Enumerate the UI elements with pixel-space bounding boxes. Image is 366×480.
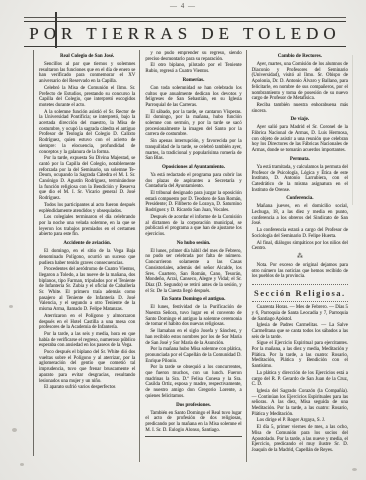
paragraph: Ya está tramitada, y calculamos la permu… <box>252 165 348 194</box>
scan-speck <box>20 463 24 466</box>
paragraph: El otro biplano, pilotado por el Tenient… <box>145 63 241 74</box>
paragraph: Se llamaban en el siglo Josefa y Sánchez… <box>145 329 241 346</box>
paragraph: Poco después el biplano del Sr. White di… <box>39 350 135 384</box>
right-margin-line <box>352 55 353 205</box>
asterism-separator: ⁂ <box>252 254 348 261</box>
section-heading: En Santo Domingo el antiguo. <box>145 297 241 303</box>
paragraph: El aparato sufrió varios desperfectos <box>39 385 135 391</box>
section-heading: Oposiciones al Ayuntamiento. <box>145 165 241 171</box>
section-heading: Cambio de Rectores. <box>252 54 348 60</box>
section-banner: POR TIERRAS DE TOLEDO <box>24 21 346 47</box>
section-heading: Dos profesiones. <box>145 403 241 409</box>
paragraph: La conferencia estará a cargo del Profes… <box>252 228 348 239</box>
page-title: POR TIERRAS DE TOLEDO <box>29 24 340 44</box>
paragraph: El tribunal designado para juzgar la opo… <box>145 191 241 214</box>
paragraph: Por la tarde, expuesta Su Divina Majesta… <box>39 156 135 202</box>
page-number: — 4 — <box>0 2 366 10</box>
paragraph: El sábado, por la tarde, se cantaron Vís… <box>145 110 241 139</box>
section-heading: No hubo sesión. <box>145 241 241 247</box>
paragraph: Nota. Por exceso de original dejamos par… <box>252 263 348 280</box>
paragraph: Con toda solemnidad se han celebrado los… <box>145 86 241 109</box>
column-2: y no pudo emprender su regreso, siendo p… <box>139 50 245 462</box>
paragraph: Ya está redactado el programa para cubri… <box>145 173 241 190</box>
paragraph: Cuarenta Horas. — Mes de Febrero. — Días… <box>252 305 348 322</box>
paragraph: Iglesia del Sagrado Corazón (la Compañía… <box>252 389 348 418</box>
paragraph: Sin apenas interrupción, y favorecida po… <box>145 139 241 162</box>
paragraph: Mañana jueves, en el domicilio social, L… <box>252 204 348 227</box>
end-rule <box>145 436 241 437</box>
paragraph: Todos los participantes al acto fueron d… <box>39 203 135 214</box>
paragraph: Al final, diálogos simpáticos por los ni… <box>252 241 348 252</box>
section-heading: Real Colegio de San José. <box>39 54 135 60</box>
paragraph: Los colegiales terminaron el día celebra… <box>39 215 135 238</box>
section-heading: Accidente de aviación. <box>39 241 135 247</box>
column-3: Cambio de Rectores.Ayer, martes, una Com… <box>246 50 352 462</box>
paragraph: Aterrizaron en el Polígono y almorzaron … <box>39 314 135 331</box>
paragraph: La plática y dirección de los Ejercicios… <box>252 371 348 388</box>
newspaper-page: — 4 — POR TIERRAS DE TOLEDO Real Colegio… <box>0 0 366 480</box>
section-heading: Conferencia. <box>252 196 348 202</box>
paragraph: También en Santo Domingo el Real tuvo lu… <box>145 411 241 434</box>
paragraph: Ayer salió para Madrid el Sr. Coronel de… <box>252 125 348 154</box>
section-heading: Romerías. <box>145 78 241 84</box>
top-rule <box>24 17 346 18</box>
paragraph: Sencillos al par que tiernos y solemnes … <box>39 62 135 85</box>
paragraph: Por la tarde, a las seis y media, hora e… <box>39 332 135 349</box>
paragraph: Por la mañana hubo Misa solemne con plát… <box>145 347 241 364</box>
paragraph: Ayer, martes, una Comisión de los alumno… <box>252 62 348 102</box>
boxed-section-heading: Sección Religiosa. <box>252 284 348 302</box>
paragraph: Los dirige el P. Roger Argaya, S. J. <box>252 418 348 424</box>
paragraph: y no pudo emprender su regreso, siendo p… <box>145 51 241 62</box>
section-heading: Permuta. <box>252 157 348 163</box>
paragraph: El domingo, en el sitio de la Vega Baja … <box>39 249 135 266</box>
paragraph: Celebró la Misa de Comunión el Ilmo. Sr.… <box>39 86 135 109</box>
paragraph: Procedentes del aeródromo de Cuatro Vien… <box>39 267 135 313</box>
paragraph: El lunes, festividad de la Purificación … <box>145 305 241 328</box>
scan-speck <box>12 428 17 432</box>
paragraph: Sigue el Ejercicio Espiritual para ejerc… <box>252 341 348 370</box>
scan-speck <box>9 305 13 308</box>
paragraph: Por la tarde se obsequió a los concurren… <box>145 365 241 399</box>
column-1: Real Colegio de San José.Sencillos al pa… <box>34 50 139 462</box>
paragraph: El día 5, primer viernes de mes, a las o… <box>252 425 348 454</box>
paragraph: Reciba también nuestra enhorabuena más s… <box>252 103 348 114</box>
paragraph: Después de acordar el informe de la Comi… <box>145 215 241 238</box>
section-heading: De viaje. <box>252 117 348 123</box>
paragraph: Iglesia de Padres Carmelitas. — La Salve… <box>252 323 348 340</box>
paragraph: El lunes, primer día hábil del mes de Fe… <box>145 249 241 295</box>
scan-speck <box>352 468 357 471</box>
paragraph: A la solemne función asistió el Sr. Rect… <box>39 110 135 156</box>
columns-container: Real Colegio de San José.Sencillos al pa… <box>34 50 352 462</box>
